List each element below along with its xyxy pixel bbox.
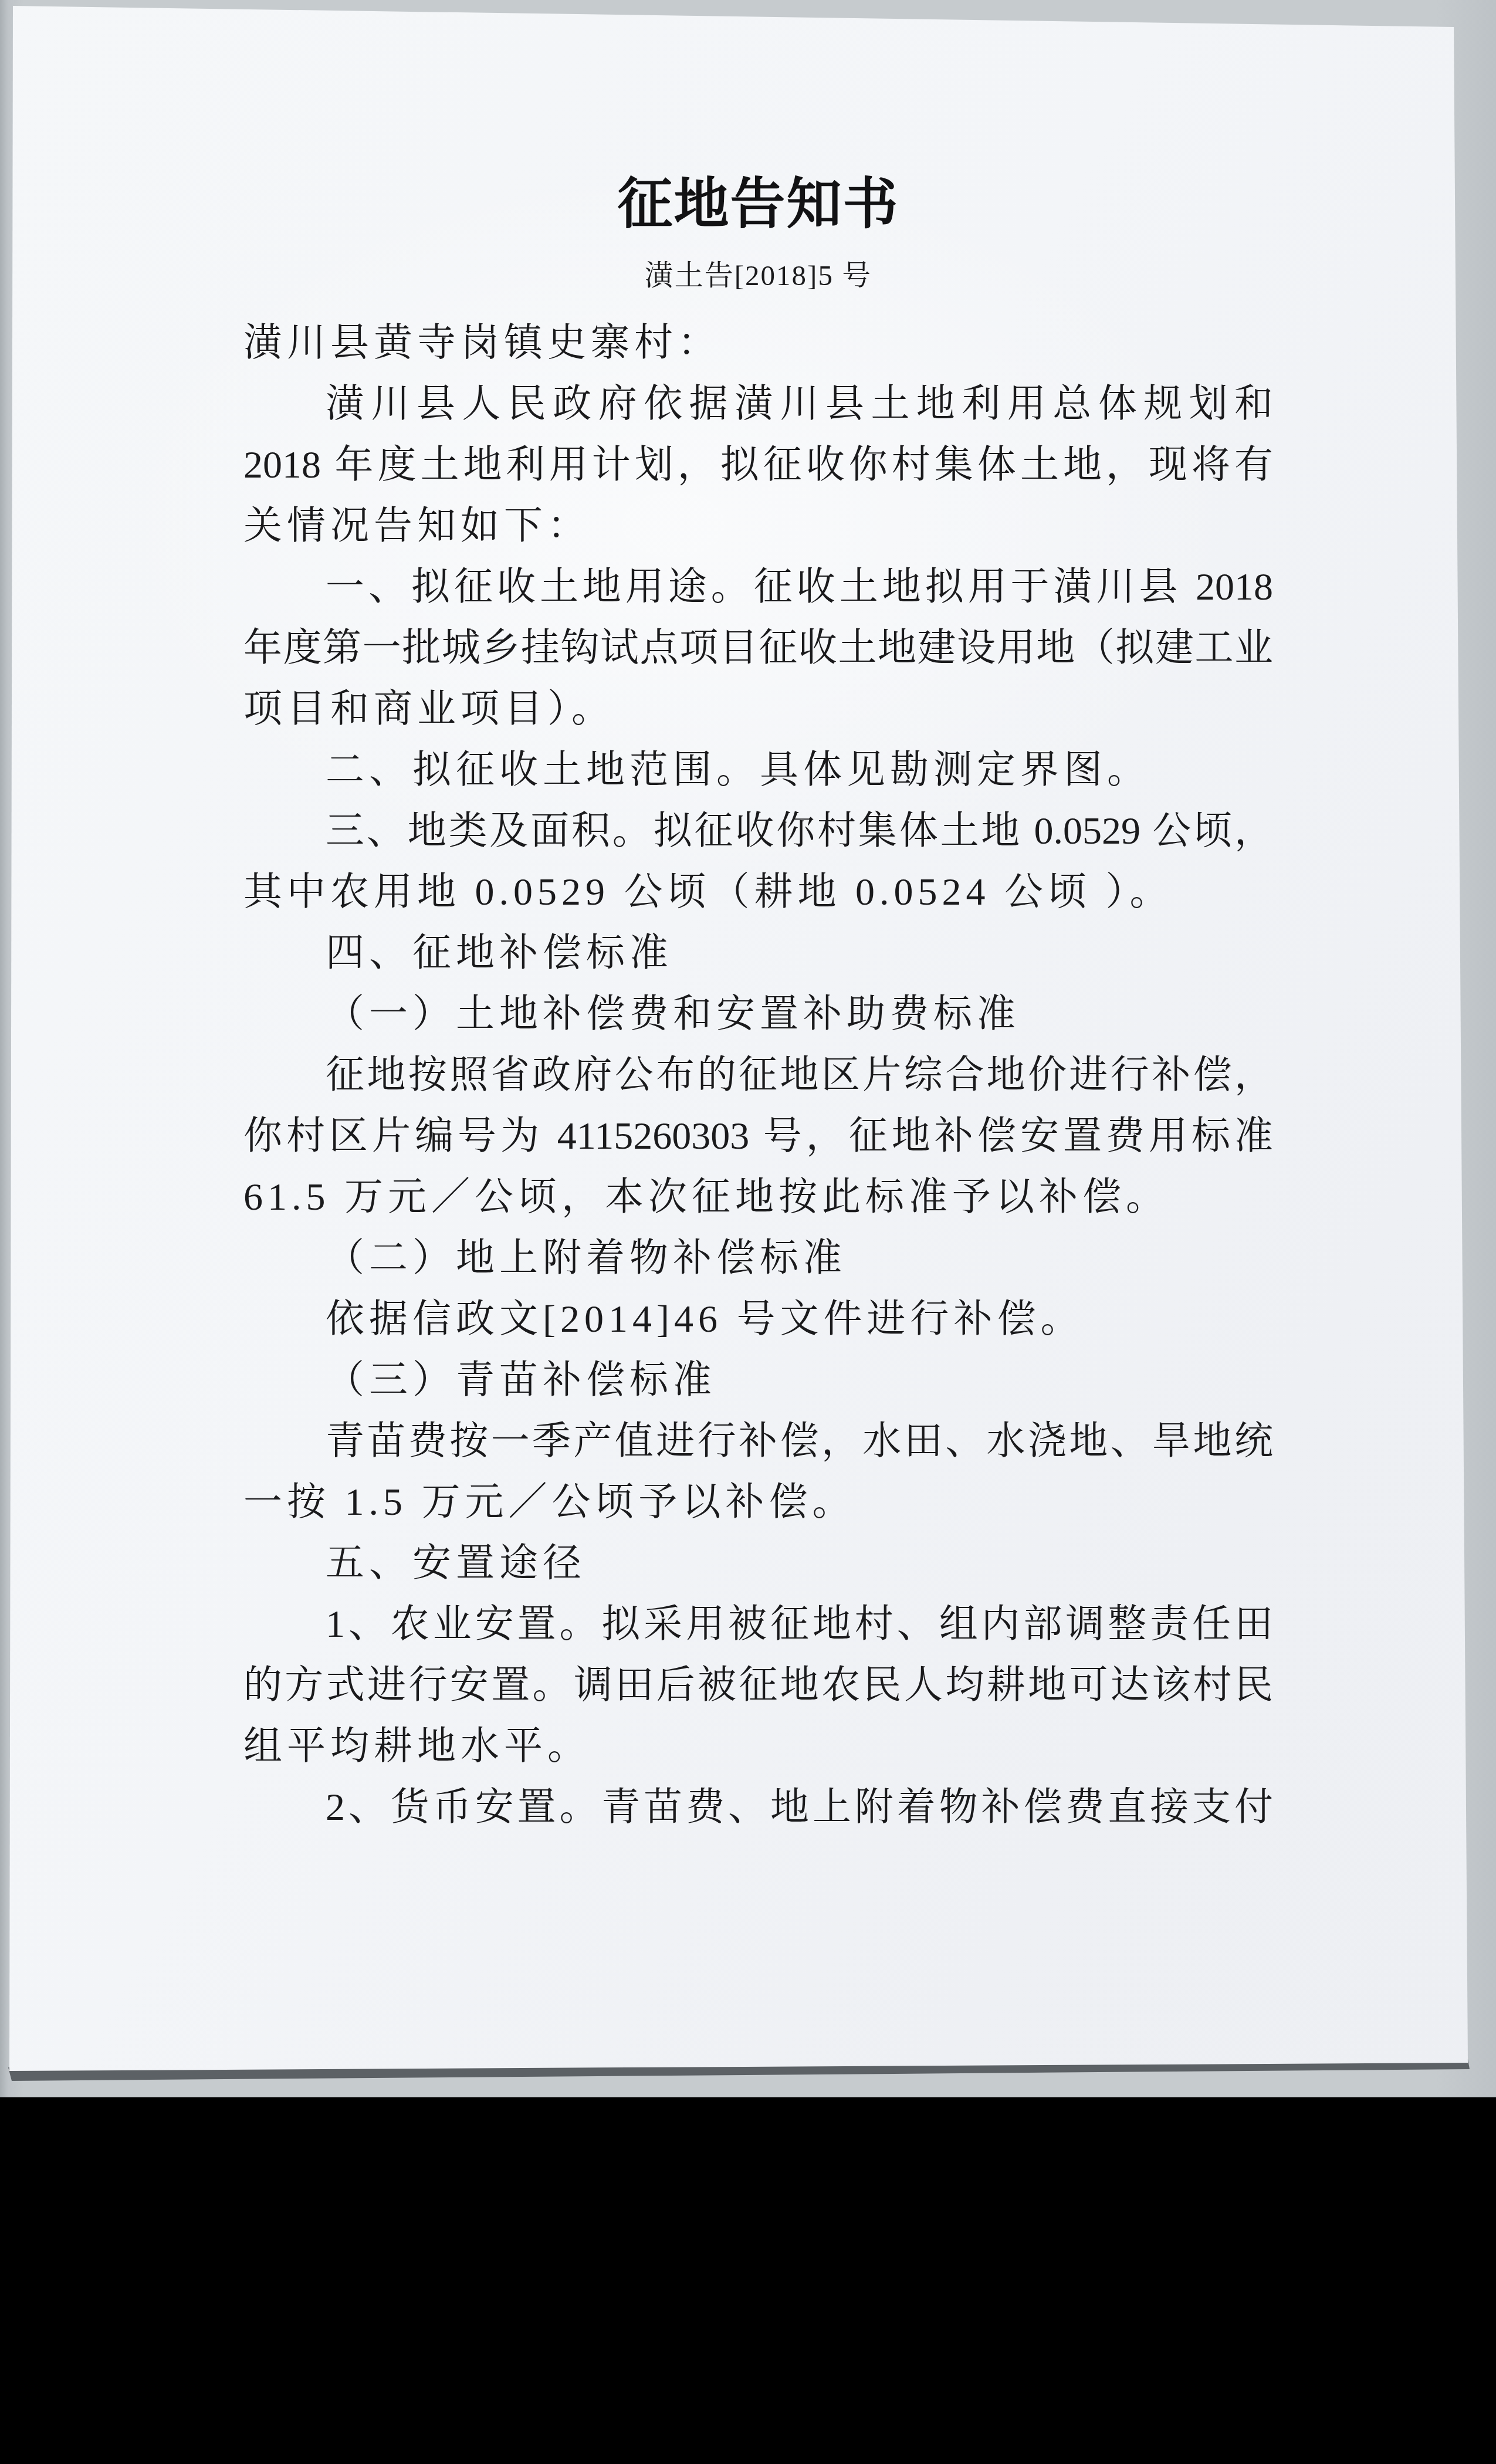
- document-line: 二、拟征收土地范围。具体见勘测定界图。: [243, 740, 1273, 801]
- document-line: 潢川县黄寺岗镇史寨村：: [243, 313, 1273, 374]
- document-line: 关情况告知如下：: [243, 496, 1273, 557]
- document-line: 61.5 万元／公顷，本次征地按此标准予以补偿。: [243, 1167, 1273, 1228]
- document-line: 一、拟征收土地用途。征收土地拟用于潢川县 2018: [243, 557, 1273, 618]
- document-line: 四、征地补偿标准: [243, 923, 1273, 984]
- document-line: 青苗费按一季产值进行补偿，水田、水浇地、旱地统: [243, 1411, 1273, 1472]
- document-line: 年度第一批城乡挂钩试点项目征收土地建设用地（拟建工业: [243, 618, 1273, 679]
- document-line: 1、农业安置。拟采用被征地村、组内部调整责任田: [243, 1594, 1273, 1655]
- document-line: 一按 1.5 万元／公顷予以补偿。: [243, 1472, 1273, 1533]
- document-line: 其中农用地 0.0529 公顷（耕地 0.0524 公顷 ）。: [243, 862, 1273, 923]
- document-line: 征地按照省政府公布的征地区片综合地价进行补偿，: [243, 1045, 1273, 1106]
- document-line: 你村区片编号为 4115260303 号，征地补偿安置费用标准: [243, 1106, 1273, 1167]
- document-line: 2、货币安置。青苗费、地上附着物补偿费直接支付: [243, 1777, 1273, 1838]
- document-body: 潢川县黄寺岗镇史寨村：潢川县人民政府依据潢川县土地利用总体规划和2018 年度土…: [243, 313, 1273, 1838]
- document-line: 三、地类及面积。拟征收你村集体土地 0.0529 公顷，: [243, 801, 1273, 862]
- document-line: 2018 年度土地利用计划，拟征收你村集体土地，现将有: [243, 435, 1273, 496]
- document-line: 组平均耕地水平。: [243, 1716, 1273, 1777]
- document-line: 依据信政文[2014]46 号文件进行补偿。: [243, 1289, 1273, 1350]
- bottom-void: [0, 2097, 1496, 2464]
- document-line: （三）青苗补偿标准: [243, 1350, 1273, 1411]
- page-title: 征地告知书: [243, 175, 1273, 233]
- document-line: 项目和商业项目）。: [243, 679, 1273, 740]
- document-line: 的方式进行安置。调田后被征地农民人均耕地可达该村民: [243, 1655, 1273, 1716]
- document-line: （二）地上附着物补偿标准: [243, 1228, 1273, 1289]
- document-line: 潢川县人民政府依据潢川县土地利用总体规划和: [243, 374, 1273, 435]
- document-line: （一）土地补偿费和安置补助费标准: [243, 984, 1273, 1045]
- scanned-page: 征地告知书 潢土告[2018]5 号 潢川县黄寺岗镇史寨村：潢川县人民政府依据潢…: [0, 0, 1496, 2464]
- document-line: 五、安置途径: [243, 1533, 1273, 1594]
- document-number: 潢土告[2018]5 号: [243, 258, 1273, 293]
